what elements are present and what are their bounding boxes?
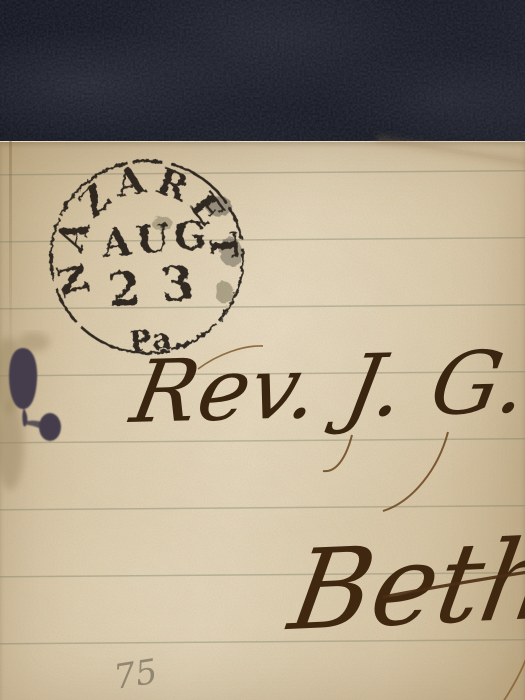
address-line2: Beth bbox=[280, 516, 525, 656]
handwriting-layer: Rev. J. G. Beth 75 bbox=[0, 140, 525, 700]
flourish-corner bbox=[503, 659, 525, 700]
pencil-annotation: 75 bbox=[111, 652, 160, 698]
address-line1: Rev. J. G. bbox=[122, 331, 525, 443]
photo-of-envelope: NAZARETH AUG 23 Pa. bbox=[0, 0, 525, 700]
flourish-g-descender bbox=[383, 432, 448, 511]
flourish-j-descender bbox=[323, 435, 352, 471]
backdrop-texture bbox=[0, 0, 525, 141]
dark-backdrop bbox=[0, 0, 525, 141]
